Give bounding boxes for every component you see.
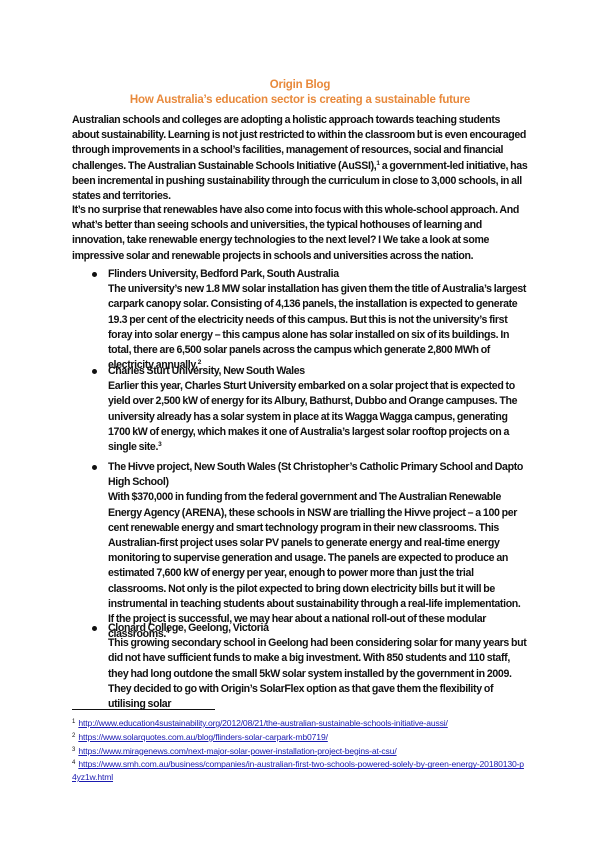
project-body: Earlier this year, Charles Sturt Univers… bbox=[108, 380, 517, 453]
bullet-icon bbox=[92, 465, 97, 470]
footnote: 1http://www.education4sustainability.org… bbox=[72, 716, 528, 730]
footnote: 3https://www.miragenews.com/next-major-s… bbox=[72, 744, 528, 758]
footnote-separator bbox=[72, 709, 215, 710]
footnote-link[interactable]: https://www.miragenews.com/next-major-so… bbox=[78, 746, 396, 756]
footnote-link[interactable]: https://www.solarquotes.com.au/blog/flin… bbox=[78, 732, 327, 742]
project-heading: Clonard College, Geelong, Victoria bbox=[108, 621, 528, 636]
project-heading: Charles Sturt University, New South Wale… bbox=[108, 364, 528, 379]
project-body: With $370,000 in funding from the federa… bbox=[108, 491, 521, 640]
bullet-icon bbox=[92, 626, 97, 631]
article-title: How Australia’s education sector is crea… bbox=[72, 94, 528, 106]
footnote-link[interactable]: http://www.education4sustainability.org/… bbox=[78, 718, 447, 728]
project-heading: The Hivve project, New South Wales (St C… bbox=[108, 460, 528, 490]
project-heading: Flinders University, Bedford Park, South… bbox=[108, 267, 528, 282]
footnote-ref[interactable]: 3 bbox=[158, 441, 161, 448]
footnote: 4https://www.smh.com.au/business/compani… bbox=[72, 757, 528, 784]
project-body: This growing secondary school in Geelong… bbox=[108, 637, 526, 710]
footnotes: 1http://www.education4sustainability.org… bbox=[72, 716, 528, 784]
intro-paragraph-1: Australian schools and colleges are adop… bbox=[72, 113, 528, 204]
blog-name: Origin Blog bbox=[72, 79, 528, 91]
footnote: 2https://www.solarquotes.com.au/blog/fli… bbox=[72, 730, 528, 744]
bullet-icon bbox=[92, 369, 97, 374]
intro-paragraph-2: It’s no surprise that renewables have al… bbox=[72, 203, 528, 264]
bullet-icon bbox=[92, 272, 97, 277]
project-body: The university’s new 1.8 MW solar instal… bbox=[108, 283, 526, 371]
footnote-link[interactable]: https://www.smh.com.au/business/companie… bbox=[72, 759, 524, 782]
